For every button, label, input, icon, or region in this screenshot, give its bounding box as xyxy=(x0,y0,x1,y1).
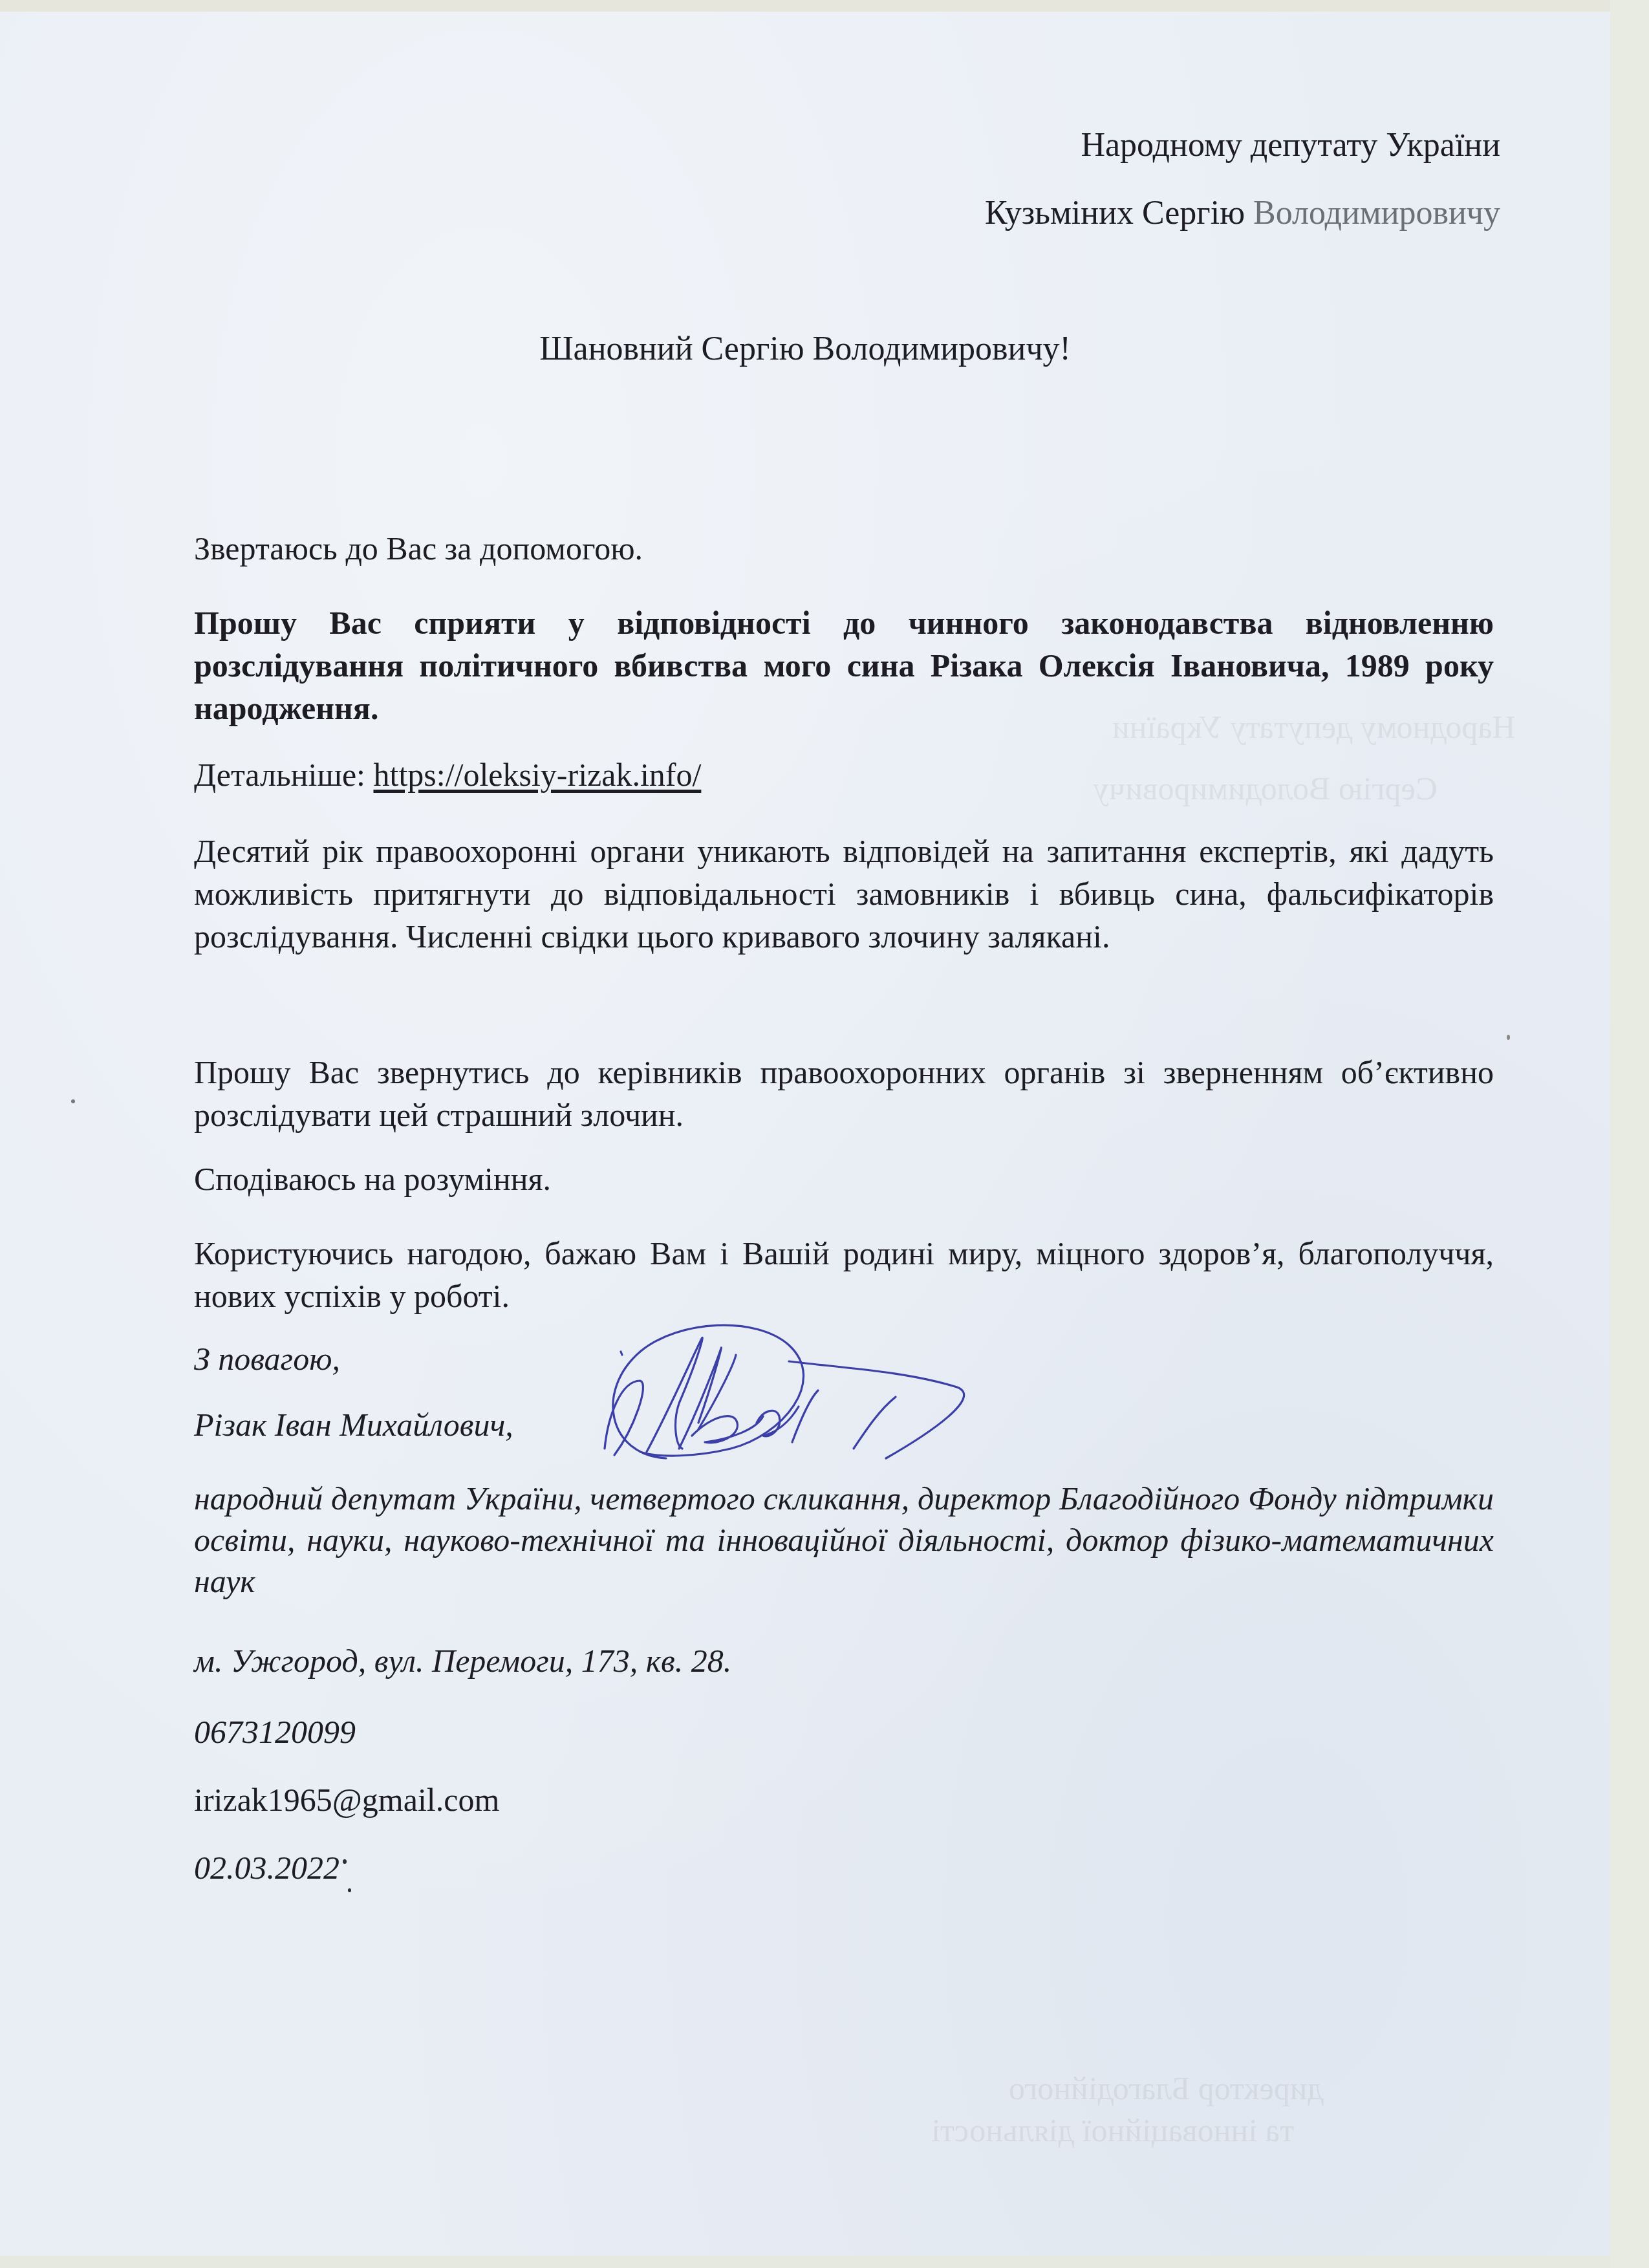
handwritten-signature xyxy=(569,1319,1151,1468)
bleed-through-text: та інноваційної діяльності xyxy=(931,2111,1294,2149)
sender-email[interactable]: irizak1965@gmail.com xyxy=(194,1778,1494,1821)
letter-date: 02.03.2022 xyxy=(194,1846,1494,1889)
recipient-name: Кузьміних Сергію xyxy=(985,195,1253,232)
scanner-edge-right xyxy=(1610,0,1649,2268)
recipient-line-2: Кузьміних Сергію Володимировичу xyxy=(985,194,1500,233)
sender-phone: 0673120099 xyxy=(194,1711,1494,1753)
scan-speck xyxy=(348,1888,351,1892)
paragraph-law-enforcement: Десятий рік правоохоронні органи уникают… xyxy=(194,830,1494,958)
recipient-patronymic: Володимировичу xyxy=(1253,195,1500,232)
details-link[interactable]: https://oleksiy-rizak.info/ xyxy=(374,757,702,793)
scanner-edge-top xyxy=(0,0,1610,12)
scan-speck xyxy=(71,1099,75,1103)
recipient-line-1: Народному депутату України xyxy=(1081,126,1500,165)
paragraph-hope: Сподіваюсь на розуміння. xyxy=(194,1158,1494,1200)
details-line: Детальніше: https://oleksiy-rizak.info/ xyxy=(194,753,1494,796)
details-label: Детальніше: xyxy=(194,757,374,793)
paragraph-wishes: Користуючись нагодою, бажаю Вам і Вашій … xyxy=(194,1232,1494,1317)
scan-speck xyxy=(1507,1035,1510,1040)
salutation: Шановний Сергію Володимировичу! xyxy=(0,330,1610,368)
bleed-through-text: директор Благодійного xyxy=(1009,2069,1324,2107)
paragraph-request-appeal: Прошу Вас звернутись до керівників право… xyxy=(194,1051,1494,1136)
scan-speck xyxy=(343,1859,347,1864)
request-paragraph: Прошу Вас сприяти у відповідності до чин… xyxy=(194,601,1494,729)
sender-title: народний депутат України, четвертого скл… xyxy=(194,1478,1494,1602)
sender-address: м. Ужгород, вул. Перемоги, 173, кв. 28. xyxy=(194,1639,1494,1682)
opening-line: Звертаюсь до Вас за допомогою. xyxy=(194,527,1494,570)
